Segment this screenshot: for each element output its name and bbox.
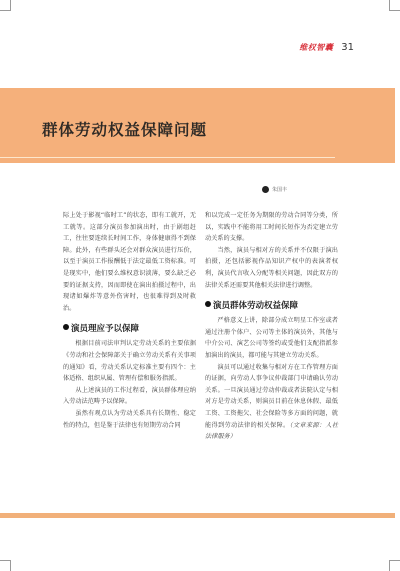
paragraph: 际上处于影视“临时工”的状态，即有工就开，无工就等。这部分演员参加演出时，由于剧…: [63, 210, 196, 314]
banner-rule: [0, 157, 335, 158]
article-title: 群体劳动权益保障问题: [42, 118, 207, 140]
bullet-icon: [205, 301, 211, 307]
paragraph: 严格意义上讲，除部分成立明星工作室或者通过注册个体户、公司等主体的演员外，其他与…: [205, 315, 338, 361]
section-tag: 维权智囊: [299, 42, 333, 53]
right-column: 和以完成一定任务为期限的劳动合同等分类，所以，实践中不能将用工时间长短作为否定建…: [205, 210, 338, 443]
paragraph: 根据目前司法审判认定劳动关系的主要依据《劳动和社会保障部关于确立劳动关系有关事项…: [63, 338, 196, 384]
byline: 朱国丰: [262, 186, 287, 193]
title-banner: 群体劳动权益保障问题: [0, 88, 395, 163]
section-heading: 演员群体劳动权益保障: [205, 300, 338, 312]
footer-bar: [0, 513, 395, 518]
crop-mark-bottom-left: [0, 560, 11, 571]
paragraph: 虽然有观点认为劳动关系具有长期性、稳定性的特点，但是鉴于法律也有短期劳动合同: [63, 408, 196, 431]
page-number: 31: [341, 42, 354, 53]
paragraph: 演员可以通过收集与相对方在工作管理方面的证据，向劳动人事争议仲裁部门申请确认劳动…: [205, 362, 338, 443]
running-head: 维权智囊 31: [299, 42, 354, 53]
author-name: 朱国丰: [272, 186, 287, 193]
crop-mark-top-right: [389, 0, 400, 11]
crop-mark-top-left: [0, 0, 11, 11]
paragraph: 当然，演员与相对方的关系并不仅限于演出拍摄，还包括影视作品知识产权中的表演者权利…: [205, 245, 338, 291]
section-heading: 演员理应予以保障: [63, 323, 196, 335]
left-column: 际上处于影视“临时工”的状态，即有工就开，无工就等。这部分演员参加演出时，由于剧…: [63, 210, 196, 431]
paragraph: 和以完成一定任务为期限的劳动合同等分类，所以，实践中不能将用工时间长短作为否定建…: [205, 210, 338, 245]
paragraph: 从上述演员的工作过程看，演员群体理应纳入劳动法范畴予以保障。: [63, 385, 196, 408]
author-dot-icon: [262, 186, 269, 193]
bullet-icon: [63, 324, 69, 330]
crop-mark-bottom-right: [389, 560, 400, 571]
